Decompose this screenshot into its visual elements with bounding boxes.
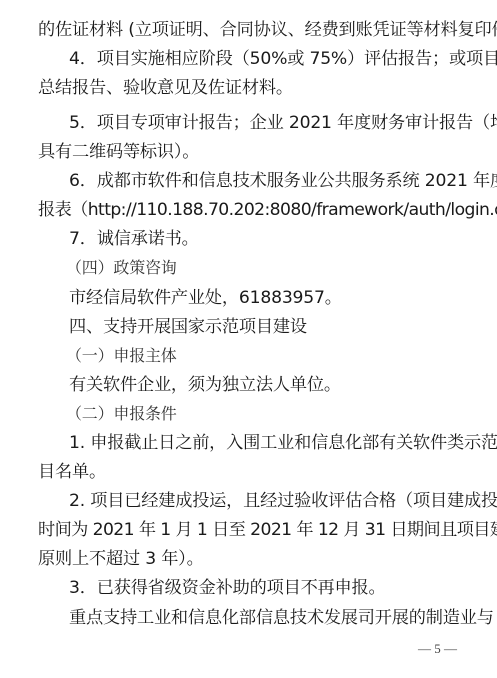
paragraph-line: 具有二维码等标识）。	[38, 141, 470, 163]
paragraph-line: 原则上不超过 3 年）。	[38, 548, 470, 570]
paragraph-line: 时间为 2021 年 1 月 1 日至 2021 年 12 月 31 日期间且项…	[38, 519, 470, 541]
paragraph-line: 目名单。	[38, 461, 470, 483]
page-number: — 5 —	[418, 641, 457, 657]
paragraph-line: 报表（http://110.188.70.202:8080/framework/…	[38, 199, 470, 221]
paragraph-line: 5．项目专项审计报告；企业 2021 年度财务审计报告（均需	[69, 112, 497, 134]
paragraph-line: 总结报告、验收意见及佐证材料。	[38, 77, 470, 99]
paragraph-line: 6．成都市软件和信息技术服务业公共服务系统 2021 年度年	[69, 170, 497, 192]
paragraph-line: 4．项目实施相应阶段（50%或 75%）评估报告；或项目验收	[69, 48, 497, 70]
paragraph-line: 1. 申报截止日之前，入围工业和信息化部有关软件类示范项	[69, 432, 497, 454]
paragraph-line: 2. 项目已经建成投运，且经过验收评估合格（项目建成投运	[69, 490, 497, 512]
paragraph-line: 重点支持工业和信息化部信息技术发展司开展的制造业与	[69, 607, 497, 629]
paragraph-line: 有关软件企业，须为独立法人单位。	[69, 374, 497, 396]
section-heading: （四）政策咨询	[66, 257, 497, 279]
paragraph-line: 的佐证材料 (立项证明、合同协议、经费到账凭证等材料复印件)。	[38, 19, 470, 41]
paragraph-line: 市经信局软件产业处，61883957。	[69, 287, 497, 309]
section-heading: （二）申报条件	[66, 403, 497, 425]
paragraph-line: 3．已获得省级资金补助的项目不再申报。	[69, 577, 497, 599]
section-heading: 四、支持开展国家示范项目建设	[69, 316, 497, 338]
section-heading: （一）申报主体	[66, 345, 497, 367]
paragraph-line: 7．诚信承诺书。	[69, 228, 497, 250]
